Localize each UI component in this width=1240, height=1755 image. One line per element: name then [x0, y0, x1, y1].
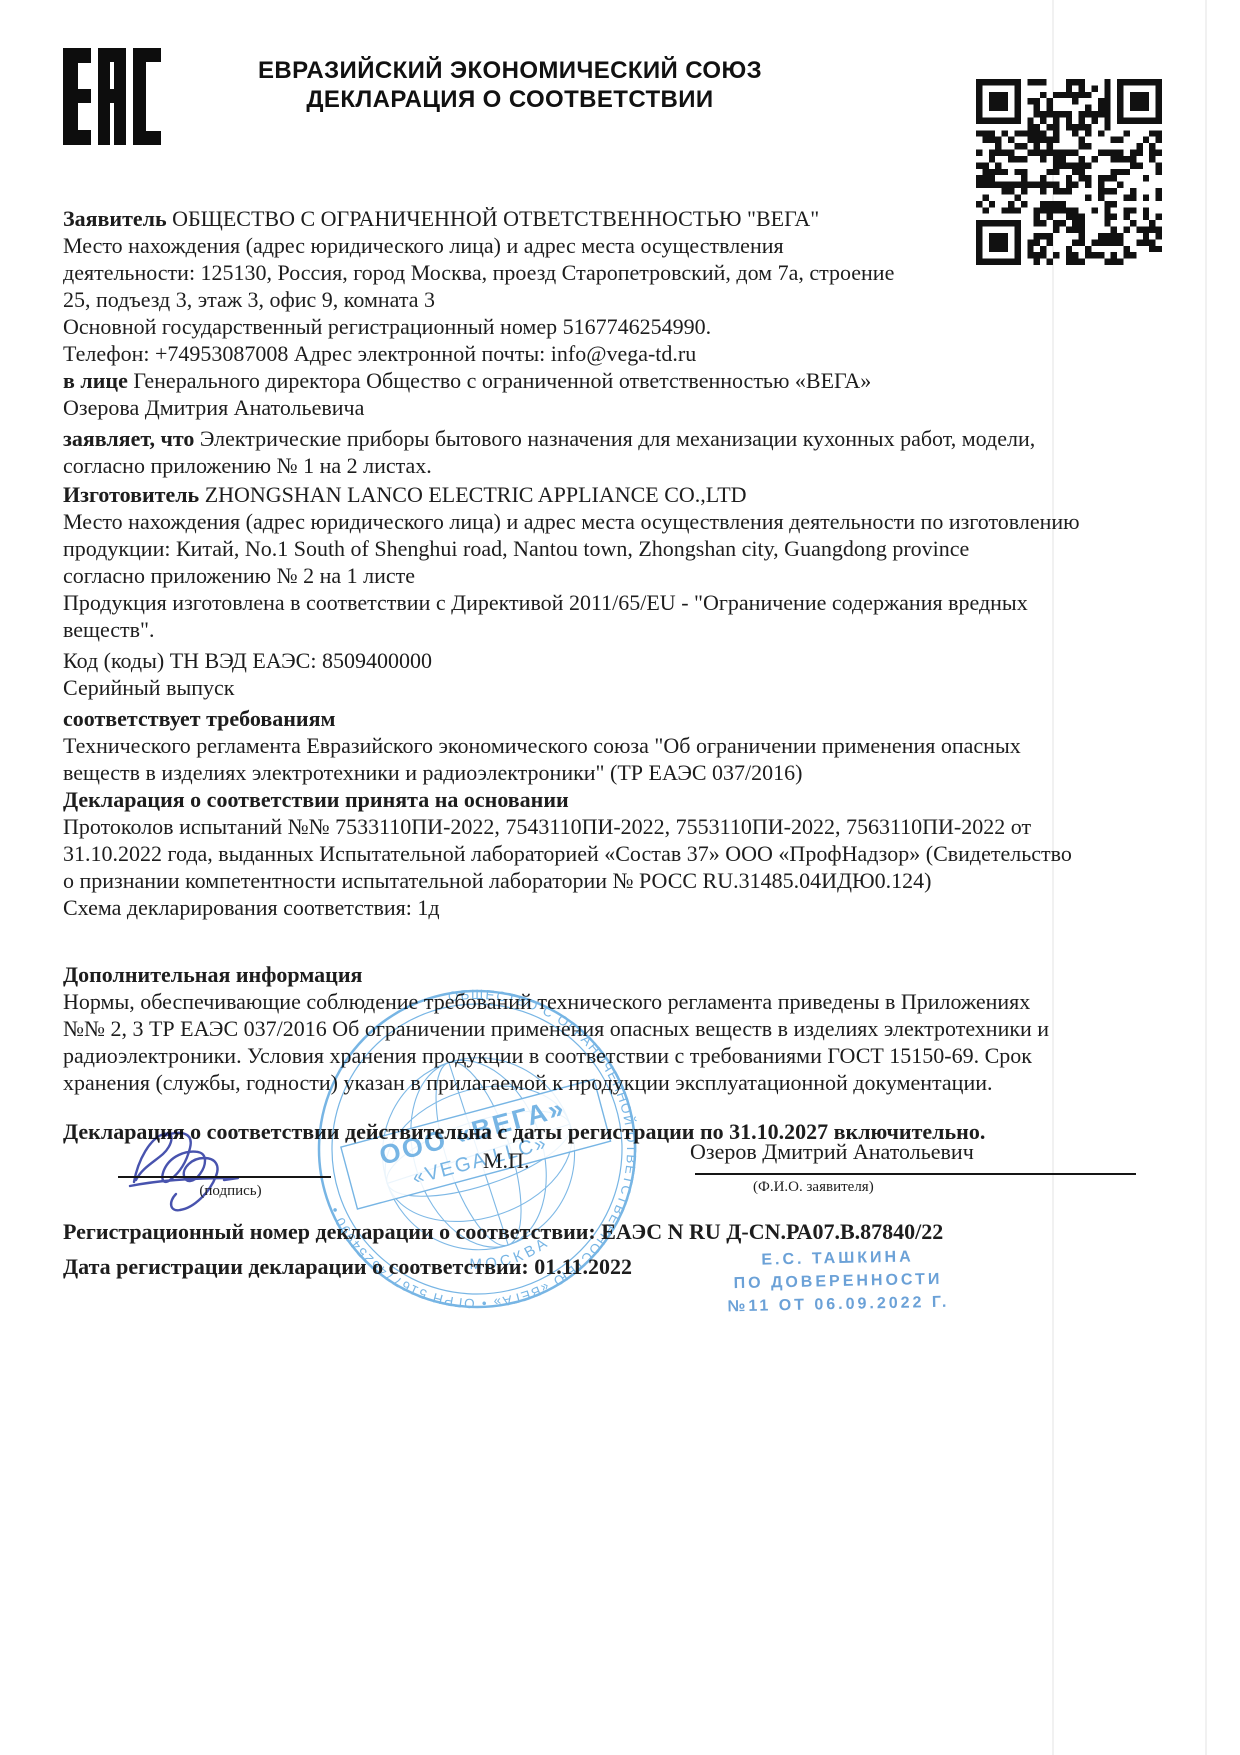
body-line: Место нахождения (адрес юридического лиц… — [63, 508, 1188, 535]
body-line: Озерова Дмитрия Анатольевича — [63, 394, 1188, 421]
fio-caption: (Ф.И.О. заявителя) — [753, 1179, 874, 1196]
handwritten-signature — [120, 1122, 320, 1217]
body-line: Технического регламента Евразийского эко… — [63, 732, 1188, 759]
applicant-name-line — [695, 1173, 1136, 1175]
body-line: согласно приложению № 2 на 1 листе — [63, 562, 1188, 589]
registration-number-line: Регистрационный номер декларации о соотв… — [63, 1219, 943, 1245]
body-line: 25, подъезд 3, этаж 3, офис 9, комната 3 — [63, 286, 1188, 313]
body-line: Место нахождения (адрес юридического лиц… — [63, 232, 1188, 259]
declaration-document-page: ЕВРАЗИЙСКИЙ ЭКОНОМИЧЕСКИЙ СОЮЗ ДЕКЛАРАЦИ… — [0, 0, 1240, 1755]
title-union: ЕВРАЗИЙСКИЙ ЭКОНОМИЧЕСКИЙ СОЮЗ — [205, 56, 815, 85]
scan-artifact-line — [1205, 0, 1207, 1755]
body-line: Заявитель ОБЩЕСТВО С ОГРАНИЧЕННОЙ ОТВЕТС… — [63, 205, 1188, 232]
body-line: Основной государственный регистрационный… — [63, 313, 1188, 340]
applicant-name: Озеров Дмитрий Анатольевич — [690, 1139, 974, 1165]
body-line: о признании компетентности испытательной… — [63, 867, 1188, 894]
mp-label: М.П. — [483, 1148, 529, 1174]
body-line: веществ". — [63, 616, 1188, 643]
body-line: Продукция изготовлена в соответствии с Д… — [63, 589, 1188, 616]
body-line: продукции: Китай, No.1 South of Shenghui… — [63, 535, 1188, 562]
body-line: Телефон: +74953087008 Адрес электронной … — [63, 340, 1188, 367]
body-line: Изготовитель ZHONGSHAN LANCO ELECTRIC AP… — [63, 481, 1188, 508]
document-title: ЕВРАЗИЙСКИЙ ЭКОНОМИЧЕСКИЙ СОЮЗ ДЕКЛАРАЦИ… — [205, 56, 815, 114]
body-line: Протоколов испытаний №№ 7533110ПИ-2022, … — [63, 813, 1188, 840]
body-line: Декларация о соответствии принята на осн… — [63, 786, 1188, 813]
attorney-stamp-number: №11 ОТ 06.09.2022 Г. — [714, 1290, 962, 1318]
registration-date-line: Дата регистрации декларации о соответств… — [63, 1254, 632, 1280]
body-line: согласно приложению № 1 на 2 листах. — [63, 452, 1188, 479]
body-line: Код (коды) ТН ВЭД ЕАЭС: 8509400000 — [63, 647, 1188, 674]
body-line: деятельности: 125130, Россия, город Моск… — [63, 259, 1188, 286]
title-declaration: ДЕКЛАРАЦИЯ О СООТВЕТСТВИИ — [205, 85, 815, 114]
eac-mark-logo — [63, 48, 161, 145]
body-line: веществ в изделиях электротехники и ради… — [63, 759, 1188, 786]
signature-line — [118, 1176, 331, 1178]
body-line: заявляет, что Электрические приборы быто… — [63, 425, 1188, 452]
body-line: соответствует требованиям — [63, 705, 1188, 732]
body-line: 31.10.2022 года, выданных Испытательной … — [63, 840, 1188, 867]
body-line: Схема декларирования соответствия: 1д — [63, 894, 1188, 921]
body-line: Серийный выпуск — [63, 674, 1188, 701]
attorney-stamp: Е.С. ТАШКИНА ПО ДОВЕРЕННОСТИ №11 ОТ 06.0… — [713, 1244, 962, 1318]
signature-caption: (подпись) — [163, 1183, 298, 1200]
body-line: в лице Генерального директора Общество с… — [63, 367, 1188, 394]
